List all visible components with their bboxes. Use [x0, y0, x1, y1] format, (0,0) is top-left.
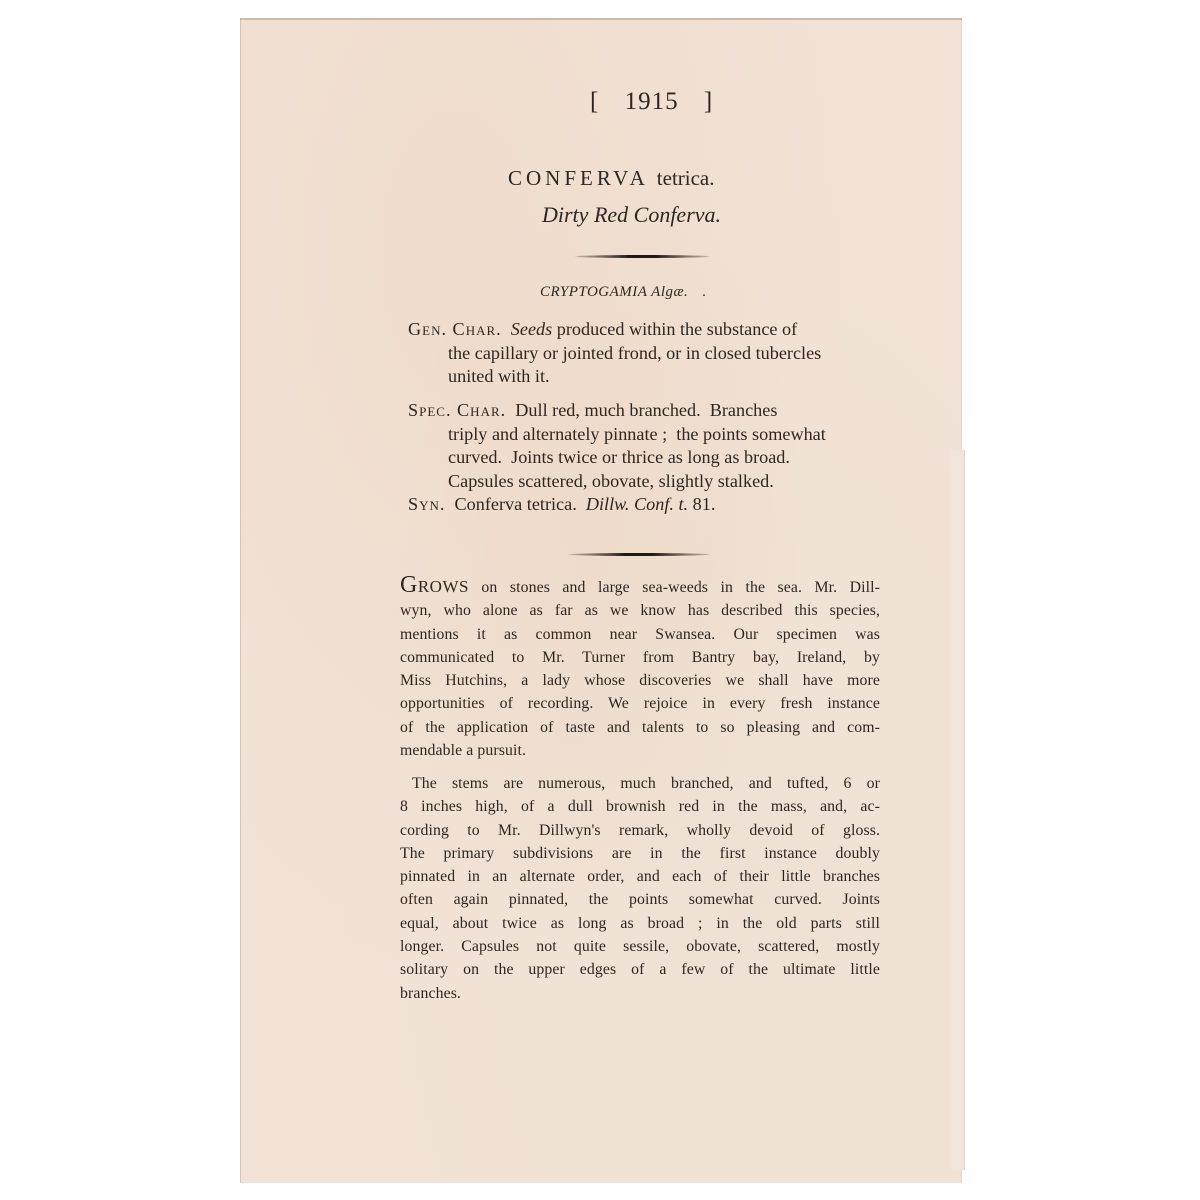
- gen-char-italic: Seeds: [511, 319, 552, 339]
- specific-character: Spec. Char. Dull red, much branched. Bra…: [408, 399, 883, 517]
- gen-char-line: the capillary or jointed frond, or in cl…: [408, 342, 883, 366]
- paragraph-line: on stones and large sea-weeds in the sea…: [481, 579, 880, 596]
- paragraph-line: opportunities of recording. We rejoice i…: [400, 692, 880, 715]
- genus-name: CONFERVA: [508, 166, 649, 190]
- torn-page-edge: [950, 450, 965, 1170]
- paragraph-line: cording to Mr. Dillwyn's remark, wholly …: [400, 819, 880, 842]
- syn-citation: Dillw. Conf. t.: [586, 494, 688, 514]
- gen-char-line: united with it.: [408, 365, 883, 389]
- ornamental-rule-top: [575, 255, 710, 258]
- paragraph-line: of the application of taste and talents …: [400, 716, 880, 739]
- paragraph-description: The stems are numerous, much branched, a…: [400, 772, 880, 1005]
- paragraph-dropcap: Grows: [400, 572, 469, 598]
- paragraph-line: mentions it as common near Swansea. Our …: [400, 623, 880, 646]
- paragraph-line: communicated to Mr. Turner from Bantry b…: [400, 646, 880, 669]
- species-title: CONFERVAtetrica.: [508, 165, 715, 191]
- common-name: Dirty Red Conferva.: [542, 202, 721, 228]
- spec-char-line: Dull red, much branched. Branches: [515, 400, 777, 420]
- gen-char-line: produced within the substance of: [557, 319, 797, 339]
- paragraph-line: 8 inches high, of a dull brownish red in…: [400, 795, 880, 818]
- generic-character: Gen. Char. Seeds produced within the sub…: [408, 318, 883, 389]
- paragraph-line: solitary on the upper edges of a few of …: [400, 958, 880, 981]
- page-number: [ 1915 ]: [590, 88, 713, 116]
- order-name: Algæ.: [651, 284, 688, 300]
- paragraph-line: pinnated in an alternate order, and each…: [400, 865, 880, 888]
- paragraph-line: The stems are numerous, much branched, a…: [400, 772, 880, 795]
- spec-char-label: Spec. Char.: [408, 400, 506, 420]
- species-name: tetrica.: [657, 166, 715, 190]
- syn-label: Syn.: [408, 494, 445, 514]
- spec-char-line: curved. Joints twice or thrice as long a…: [408, 446, 883, 470]
- spec-char-line: Capsules scattered, obovate, slightly st…: [408, 470, 883, 494]
- paragraph-line: The primary subdivisions are in the firs…: [400, 842, 880, 865]
- classification-line: CRYPTOGAMIA Algæ. .: [540, 284, 707, 301]
- spec-char-line: triply and alternately pinnate ; the poi…: [408, 423, 883, 447]
- paragraph-line: wyn, who alone as far as we know has des…: [400, 599, 880, 622]
- paragraph-line: equal, about twice as long as broad ; in…: [400, 912, 880, 935]
- paragraph-line: often again pinnated, the points somewha…: [400, 888, 880, 911]
- paragraph-line: branches.: [400, 982, 880, 1005]
- paragraph-line: longer. Capsules not quite sessile, obov…: [400, 935, 880, 958]
- paragraph-line: Miss Hutchins, a lady whose discoveries …: [400, 669, 880, 692]
- classification-trailing: .: [703, 284, 707, 300]
- gen-char-label: Gen. Char.: [408, 319, 502, 339]
- syn-citation-number: 81.: [693, 494, 716, 514]
- paragraph-line: mendable a pursuit.: [400, 739, 880, 762]
- class-name: CRYPTOGAMIA: [540, 284, 647, 300]
- ornamental-rule-middle: [568, 553, 710, 556]
- syn-text: Conferva tetrica.: [455, 494, 577, 514]
- paragraph-habitat: Grows on stones and large sea-weeds in t…: [400, 574, 880, 762]
